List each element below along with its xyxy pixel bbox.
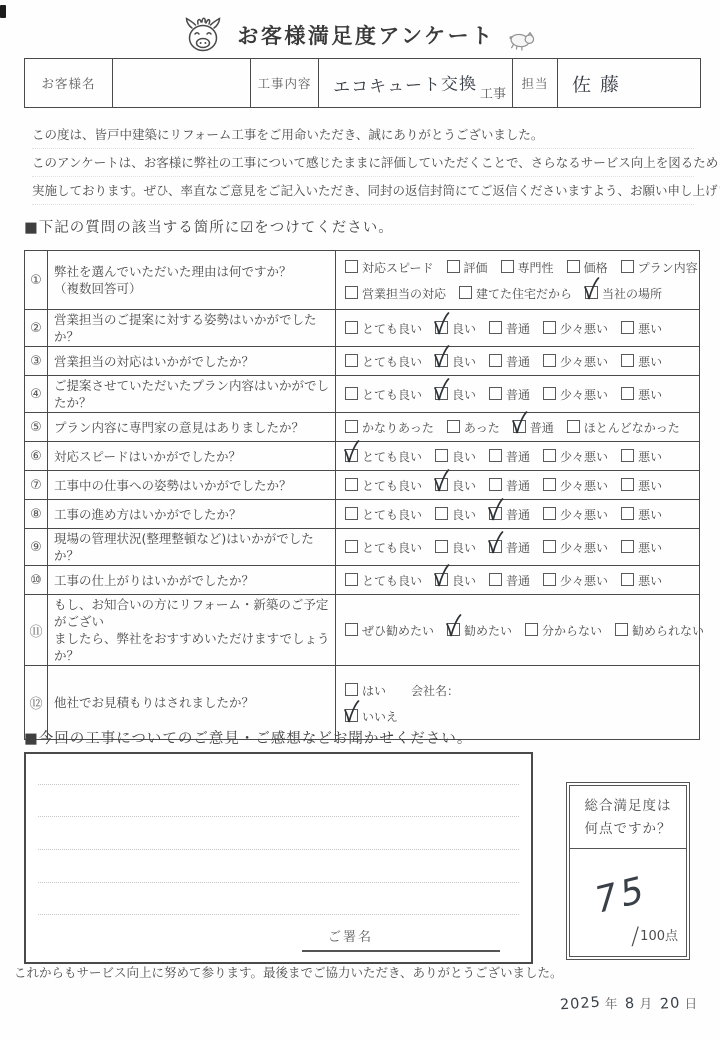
option-checkbox[interactable]: 少々悪い [543, 535, 608, 561]
checkbox-square[interactable] [345, 354, 358, 367]
checkbox-square[interactable] [513, 420, 526, 433]
option-label: とても良い [362, 355, 422, 369]
checkbox-square[interactable] [489, 540, 502, 553]
checkbox-square[interactable] [435, 507, 448, 520]
option-checkbox[interactable]: あった [447, 415, 500, 441]
option-checkbox[interactable]: 良い [435, 535, 476, 561]
option-checkbox[interactable]: 良い [435, 473, 476, 499]
survey-row: ①弊社を選んでいただいた理由は何ですか？（複数回答可）対応スピード評価専門性価格… [25, 251, 700, 310]
staff-label: 担当 [513, 59, 558, 108]
signature-label: ご署名 [328, 926, 504, 945]
option-label: 評価 [464, 261, 488, 275]
question-text: 営業担当のご提案に対する姿勢はいかがでしたか？ [48, 310, 336, 347]
question-number: ⑥ [25, 442, 48, 471]
question-number: ⑤ [25, 413, 48, 442]
option-label: 悪い [638, 574, 662, 588]
checkbox-square[interactable] [345, 623, 358, 636]
options-cell: とても良い良い普通少々悪い悪い [336, 566, 700, 595]
question-number: ⑩ [25, 566, 48, 595]
option-checkbox[interactable]: 悪い [621, 535, 662, 561]
option-checkbox[interactable]: 悪い [621, 568, 662, 594]
survey-row: ⑩工事の仕上がりはいかがでしたか？とても良い良い普通少々悪い悪い [25, 566, 700, 595]
handwritten-check-icon [432, 378, 450, 404]
question-line: 現場の管理状況(整理整頓など)はいかがでしたか？ [54, 530, 331, 564]
question-text: 現場の管理状況(整理整頓など)はいかがでしたか？ [48, 529, 336, 566]
option-label: 悪い [638, 508, 662, 522]
option-label: 価格 [584, 261, 608, 275]
option-line: とても良い良い普通少々悪い悪い [345, 348, 697, 374]
question-text: 工事の仕上がりはいかがでしたか？ [48, 566, 336, 595]
options-cell: とても良い良い普通少々悪い悪い [336, 442, 700, 471]
handwritten-check-icon [582, 277, 600, 303]
option-checkbox[interactable]: 悪い [621, 502, 662, 528]
ruled-line [38, 784, 519, 785]
question-text: 対応スピードはいかがでしたか？ [48, 442, 336, 471]
question-number: ① [25, 251, 48, 310]
option-checkbox[interactable]: とても良い [345, 382, 422, 408]
score-entry-area[interactable]: 75 /100点 [570, 849, 686, 956]
question-line: 対応スピードはいかがでしたか？ [54, 448, 331, 465]
ruled-line [38, 816, 519, 817]
question-number: ④ [25, 376, 48, 413]
option-label: 少々悪い [560, 355, 608, 369]
question-line: ご提案させていただいたプラン内容はいかがでしたか？ [54, 377, 331, 411]
checkbox-square[interactable] [489, 478, 502, 491]
small-pig-icon [506, 26, 538, 54]
option-label: 普通 [506, 508, 530, 522]
options-cell: ぜひ勧めたい勧めたい分からない勧められない [336, 595, 700, 666]
checkbox-square[interactable] [345, 573, 358, 586]
options-cell: とても良い良い普通少々悪い悪い [336, 471, 700, 500]
option-label: 営業担当の対応 [362, 287, 446, 301]
work-content-handwritten: エコキュート交換 [333, 69, 478, 98]
option-label: ほとんどなかった [584, 421, 680, 435]
comments-section-heading: ■今回の工事についてのご意見・ご感想などお聞かせください。 [24, 727, 472, 748]
question-text: 工事中の仕事への姿勢はいかがでしたか？ [48, 471, 336, 500]
checkbox-square[interactable] [621, 387, 634, 400]
day-label: 日 [685, 996, 698, 1011]
option-line: いいえ [345, 703, 697, 729]
option-checkbox[interactable]: 普通 [489, 473, 530, 499]
option-line: とても良い良い普通少々悪い悪い [345, 501, 697, 527]
customer-name-label: お客様名 [25, 59, 113, 108]
option-label: とても良い [362, 508, 422, 522]
handwritten-check-icon [432, 469, 450, 495]
info-row: お客様名 工事内容 エコキュート交換 工事 担当 佐藤 [25, 59, 701, 108]
survey-row: ⑤プラン内容に専門家の意見はありましたか？かなりあったあった普通ほとんどなかった [25, 413, 700, 442]
checkbox-square[interactable] [459, 286, 472, 299]
option-checkbox[interactable]: 良い [435, 316, 476, 342]
option-line: とても良い良い普通少々悪い悪い [345, 472, 697, 498]
option-checkbox[interactable]: 悪い [621, 349, 662, 375]
option-label: 普通 [506, 450, 530, 464]
survey-table-body: ①弊社を選んでいただいた理由は何ですか？（複数回答可）対応スピード評価専門性価格… [25, 251, 700, 740]
checkbox-square[interactable] [345, 260, 358, 273]
option-checkbox[interactable]: 少々悪い [543, 502, 608, 528]
question-number: ⑦ [25, 471, 48, 500]
signature-area[interactable]: ご署名 [302, 926, 504, 952]
handwritten-check-icon [342, 700, 360, 726]
option-label: 普通 [506, 355, 530, 369]
staff-field[interactable]: 佐藤 [558, 59, 701, 108]
survey-row: ⑦工事中の仕事への姿勢はいかがでしたか？とても良い良い普通少々悪い悪い [25, 471, 700, 500]
option-checkbox[interactable]: 対応スピード [345, 255, 434, 281]
option-checkbox[interactable]: 普通 [489, 502, 530, 528]
option-label: 悪い [638, 388, 662, 402]
checkbox-square[interactable] [585, 286, 598, 299]
checkbox-square[interactable] [501, 260, 514, 273]
checkbox-square[interactable] [345, 387, 358, 400]
intro-line-3: 実施しております。ぜひ、率直なご意見をご記入いただき、同封の返信封筒にてご返信く… [32, 177, 694, 205]
signature-line[interactable] [302, 948, 500, 952]
handwritten-check-icon [510, 411, 528, 437]
option-checkbox[interactable]: 少々悪い [543, 444, 608, 470]
score-box-title: 総合満足度は 何点ですか？ [570, 786, 686, 849]
checkbox-square[interactable] [621, 449, 634, 462]
option-line: とても良い良い普通少々悪い悪い [345, 534, 697, 560]
question-line: （複数回答可） [54, 280, 331, 297]
question-line: 営業担当の対応はいかがでしたか？ [54, 353, 331, 370]
option-label: 少々悪い [560, 541, 608, 555]
option-text: 会社名： [411, 678, 459, 704]
question-line: 工事の進め方はいかがでしたか？ [54, 506, 331, 523]
option-label: 少々悪い [560, 508, 608, 522]
page-title: お客様満足度アンケート [237, 20, 494, 50]
checkbox-square[interactable] [489, 573, 502, 586]
handwritten-check-icon [432, 564, 450, 590]
comments-box[interactable]: ご署名 [24, 752, 533, 964]
option-checkbox[interactable]: 少々悪い [543, 349, 608, 375]
date-day-handwritten: 20 [660, 995, 682, 1012]
option-checkbox[interactable]: とても良い [345, 473, 422, 499]
option-checkbox[interactable]: 勧められない [615, 618, 704, 644]
option-checkbox[interactable]: 少々悪い [543, 382, 608, 408]
option-line: とても良い良い普通少々悪い悪い [345, 381, 697, 407]
score-title-line-1: 総合満足度は [574, 795, 682, 818]
question-number: ⑧ [25, 500, 48, 529]
option-label: 建てた住宅だから [476, 287, 572, 301]
score-denominator: /100点 [631, 922, 678, 950]
option-checkbox[interactable]: 普通 [489, 382, 530, 408]
option-checkbox[interactable]: いいえ [345, 704, 398, 730]
option-label: 良い [452, 479, 476, 493]
option-label: 専門性 [518, 261, 554, 275]
option-label: 勧めたい [464, 624, 512, 638]
intro-paragraph: この度は、皆戸中建築にリフォーム工事をご用命いただき、誠にありがとうございました… [32, 121, 694, 205]
checkbox-square[interactable] [621, 507, 634, 520]
option-line: はい会社名： [345, 677, 697, 703]
checkbox-square[interactable] [543, 449, 556, 462]
survey-sheet: お客様満足度アンケート お客様名 工事内容 エコキュート交換 工事 [0, 0, 720, 1040]
checkbox-square[interactable] [435, 321, 448, 334]
option-label: 良い [452, 508, 476, 522]
option-checkbox[interactable]: 良い [435, 568, 476, 594]
option-checkbox[interactable]: 悪い [621, 382, 662, 408]
question-number: ② [25, 310, 48, 347]
customer-name-field[interactable] [113, 59, 251, 108]
option-label: 良い [452, 388, 476, 402]
option-label: 悪い [638, 541, 662, 555]
option-checkbox[interactable]: ぜひ勧めたい [345, 618, 434, 644]
option-label: 分からない [542, 624, 602, 638]
survey-row: ⑧工事の進め方はいかがでしたか？とても良い良い普通少々悪い悪い [25, 500, 700, 529]
option-label: 普通 [506, 388, 530, 402]
option-label: 勧められない [632, 624, 704, 638]
option-label: 普通 [506, 541, 530, 555]
option-checkbox[interactable]: とても良い [345, 349, 422, 375]
option-label: 普通 [530, 421, 554, 435]
option-checkbox[interactable]: 良い [435, 382, 476, 408]
option-label: 少々悪い [560, 479, 608, 493]
option-label: 悪い [638, 322, 662, 336]
checkbox-square[interactable] [435, 540, 448, 553]
question-line: ましたら、弊社をおすすめいただけますでしょうか？ [54, 630, 331, 664]
survey-row: ③営業担当の対応はいかがでしたか？とても良い良い普通少々悪い悪い [25, 347, 700, 376]
question-line: 他社でお見積もりはされましたか？ [54, 694, 331, 711]
option-checkbox[interactable]: 普通 [513, 415, 554, 441]
survey-row: ⑥対応スピードはいかがでしたか？とても良い良い普通少々悪い悪い [25, 442, 700, 471]
checkbox-square[interactable] [621, 573, 634, 586]
option-label: はい [362, 684, 386, 698]
checkbox-square[interactable] [345, 478, 358, 491]
checkbox-square[interactable] [567, 420, 580, 433]
question-line: もし、お知合いの方にリフォーム・新築のご予定がござい [54, 596, 331, 630]
option-checkbox[interactable]: 少々悪い [543, 568, 608, 594]
handwritten-check-icon [432, 345, 450, 371]
checkbox-square[interactable] [543, 354, 556, 367]
ruled-line [38, 849, 519, 850]
option-label: あった [464, 421, 500, 435]
option-checkbox[interactable]: 普通 [489, 535, 530, 561]
checkbox-square[interactable] [435, 449, 448, 462]
work-content-field[interactable]: エコキュート交換 工事 [319, 59, 513, 108]
intro-line-2: このアンケートは、お客様に弊社の工事について感じたままに評価していただくことで、… [32, 149, 694, 177]
handwritten-check-icon [432, 312, 450, 338]
option-label: 少々悪い [560, 574, 608, 588]
option-line: とても良い良い普通少々悪い悪い [345, 443, 697, 469]
option-line: 営業担当の対応建てた住宅だから当社の場所 [345, 280, 697, 306]
checkbox-square[interactable] [543, 573, 556, 586]
handwritten-check-icon [342, 440, 360, 466]
question-text: 営業担当の対応はいかがでしたか？ [48, 347, 336, 376]
question-line: 弊社を選んでいただいた理由は何ですか？ [54, 263, 331, 280]
date-line: 2025年 8月 20日 [556, 994, 697, 1012]
checkbox-square[interactable] [345, 507, 358, 520]
ruled-line [38, 882, 519, 883]
option-checkbox[interactable]: 良い [435, 444, 476, 470]
checkbox-square[interactable] [543, 387, 556, 400]
option-checkbox[interactable]: ほとんどなかった [567, 415, 680, 441]
checkbox-square[interactable] [489, 354, 502, 367]
option-checkbox[interactable]: 普通 [489, 349, 530, 375]
option-label: 普通 [506, 322, 530, 336]
checkbox-square[interactable] [615, 623, 628, 636]
option-checkbox[interactable]: とても良い [345, 316, 422, 342]
question-line: 工事の仕上がりはいかがでしたか？ [54, 572, 331, 589]
option-label: 普通 [506, 574, 530, 588]
option-label: いいえ [362, 710, 398, 724]
checkbox-square[interactable] [345, 321, 358, 334]
question-text: プラン内容に専門家の意見はありましたか？ [48, 413, 336, 442]
checkbox-square[interactable] [621, 260, 634, 273]
question-text: 工事の進め方はいかがでしたか？ [48, 500, 336, 529]
option-checkbox[interactable]: 悪い [621, 316, 662, 342]
checkbox-square[interactable] [543, 540, 556, 553]
option-checkbox[interactable]: とても良い [345, 535, 422, 561]
option-checkbox[interactable]: 勧めたい [447, 618, 512, 644]
checkbox-square[interactable] [489, 507, 502, 520]
date-year-handwritten: 2025 [559, 995, 601, 1014]
checkbox-square[interactable] [489, 387, 502, 400]
checkbox-square[interactable] [543, 478, 556, 491]
checkbox-square[interactable] [621, 478, 634, 491]
question-number: ⑨ [25, 529, 48, 566]
option-label: 少々悪い [560, 450, 608, 464]
option-label: 会社名： [411, 684, 459, 698]
checkbox-square[interactable] [567, 260, 580, 273]
option-label: 良い [452, 355, 476, 369]
option-label: とても良い [362, 541, 422, 555]
question-text: ご提案させていただいたプラン内容はいかがでしたか？ [48, 376, 336, 413]
option-label: とても良い [362, 322, 422, 336]
option-label: 当社の場所 [602, 287, 662, 301]
option-line: かなりあったあった普通ほとんどなかった [345, 414, 697, 440]
checkbox-square[interactable] [345, 286, 358, 299]
option-line: 対応スピード評価専門性価格プラン内容 [345, 254, 697, 280]
option-checkbox[interactable]: 良い [435, 502, 476, 528]
survey-row: ④ご提案させていただいたプラン内容はいかがでしたか？とても良い良い普通少々悪い悪… [25, 376, 700, 413]
question-line: 営業担当のご提案に対する姿勢はいかがでしたか？ [54, 311, 331, 345]
option-checkbox[interactable]: 良い [435, 349, 476, 375]
option-checkbox[interactable]: 分からない [525, 618, 602, 644]
options-cell: とても良い良い普通少々悪い悪い [336, 529, 700, 566]
option-label: 少々悪い [560, 322, 608, 336]
option-label: プラン内容 [638, 261, 698, 275]
option-line: ぜひ勧めたい勧めたい分からない勧められない [345, 617, 697, 643]
option-label: 良い [452, 541, 476, 555]
option-label: かなりあった [362, 421, 434, 435]
option-checkbox[interactable]: 悪い [621, 473, 662, 499]
option-label: とても良い [362, 388, 422, 402]
option-checkbox[interactable]: 専門性 [501, 255, 554, 281]
option-checkbox[interactable]: かなりあった [345, 415, 434, 441]
options-cell: 対応スピード評価専門性価格プラン内容営業担当の対応建てた住宅だから当社の場所 [336, 251, 700, 310]
survey-table: ①弊社を選んでいただいた理由は何ですか？（複数回答可）対応スピード評価専門性価格… [24, 250, 700, 740]
survey-row: ②営業担当のご提案に対する姿勢はいかがでしたか？とても良い良い普通少々悪い悪い [25, 310, 700, 347]
option-checkbox[interactable]: 営業担当の対応 [345, 281, 446, 307]
survey-row: ⑪もし、お知合いの方にリフォーム・新築のご予定がございましたら、弊社をおすすめい… [25, 595, 700, 666]
option-checkbox[interactable]: 普通 [489, 316, 530, 342]
option-label: 悪い [638, 479, 662, 493]
checkbox-square[interactable] [525, 623, 538, 636]
handwritten-check-icon [444, 614, 462, 640]
option-label: 悪い [638, 450, 662, 464]
checkbox-square[interactable] [489, 449, 502, 462]
checkbox-square[interactable] [345, 709, 358, 722]
survey-section-heading: ■下記の質問の該当する箇所に☑をつけてください。 [24, 216, 394, 237]
closing-message: これからもサービス向上に努めて参ります。最後までご協力いただき、ありがとうござい… [14, 963, 563, 981]
option-label: 良い [452, 450, 476, 464]
option-checkbox[interactable]: 評価 [447, 255, 488, 281]
options-cell: とても良い良い普通少々悪い悪い [336, 347, 700, 376]
question-number: ⑪ [25, 595, 48, 666]
checkbox-square[interactable] [435, 387, 448, 400]
checkbox-square[interactable] [621, 321, 634, 334]
checkbox-square[interactable] [543, 507, 556, 520]
option-label: 少々悪い [560, 388, 608, 402]
checkbox-square[interactable] [447, 260, 460, 273]
checkbox-square[interactable] [435, 478, 448, 491]
checkbox-square[interactable] [621, 540, 634, 553]
checkbox-square[interactable] [489, 321, 502, 334]
header: お客様満足度アンケート [0, 12, 720, 58]
ruled-line [38, 914, 519, 915]
year-label: 年 [605, 996, 618, 1011]
overall-score-box: 総合満足度は 何点ですか？ 75 /100点 [566, 782, 690, 960]
checkbox-square[interactable] [345, 540, 358, 553]
info-table: お客様名 工事内容 エコキュート交換 工事 担当 佐藤 [24, 58, 701, 108]
option-checkbox[interactable]: とても良い [345, 568, 422, 594]
option-label: ぜひ勧めたい [362, 624, 434, 638]
options-cell: とても良い良い普通少々悪い悪い [336, 376, 700, 413]
option-checkbox[interactable]: 普通 [489, 444, 530, 470]
work-content-label: 工事内容 [251, 59, 319, 108]
month-label: 月 [640, 996, 653, 1011]
checkbox-square[interactable] [447, 420, 460, 433]
options-cell: とても良い良い普通少々悪い悪い [336, 310, 700, 347]
checkbox-square[interactable] [621, 354, 634, 367]
option-checkbox[interactable]: 悪い [621, 444, 662, 470]
date-month-handwritten: 8 [625, 996, 636, 1013]
checkbox-square[interactable] [345, 449, 358, 462]
checkbox-square[interactable] [345, 683, 358, 696]
option-checkbox[interactable]: 建てた住宅だから [459, 281, 572, 307]
handwritten-check-icon [486, 531, 504, 557]
question-line: プラン内容に専門家の意見はありましたか？ [54, 419, 331, 436]
option-label: 対応スピード [362, 261, 434, 275]
option-label: とても良い [362, 574, 422, 588]
work-suffix-label: 工事 [480, 83, 506, 107]
option-checkbox[interactable]: プラン内容 [621, 255, 698, 281]
option-line: とても良い良い普通少々悪い悪い [345, 567, 697, 593]
option-label: とても良い [362, 479, 422, 493]
option-checkbox[interactable]: とても良い [345, 444, 422, 470]
question-text: もし、お知合いの方にリフォーム・新築のご予定がございましたら、弊社をおすすめいた… [48, 595, 336, 666]
option-checkbox[interactable]: とても良い [345, 502, 422, 528]
checkbox-square[interactable] [345, 420, 358, 433]
option-line: とても良い良い普通少々悪い悪い [345, 315, 697, 341]
question-number: ③ [25, 347, 48, 376]
staff-name-handwritten: 佐藤 [572, 69, 628, 97]
intro-line-1: この度は、皆戸中建築にリフォーム工事をご用命いただき、誠にありがとうございました… [32, 121, 694, 149]
option-checkbox[interactable]: 普通 [489, 568, 530, 594]
question-line: 工事中の仕事への姿勢はいかがでしたか？ [54, 477, 331, 494]
option-label: 普通 [506, 479, 530, 493]
option-checkbox[interactable]: 当社の場所 [585, 281, 662, 307]
pig-mascot-icon [183, 16, 223, 54]
checkbox-square[interactable] [543, 321, 556, 334]
checkbox-square[interactable] [435, 573, 448, 586]
option-checkbox[interactable]: 少々悪い [543, 473, 608, 499]
options-cell: とても良い良い普通少々悪い悪い [336, 500, 700, 529]
checkbox-square[interactable] [447, 623, 460, 636]
score-handwritten: 75 [594, 868, 648, 923]
checkbox-square[interactable] [435, 354, 448, 367]
option-label: 良い [452, 322, 476, 336]
handwritten-check-icon [486, 498, 504, 524]
option-label: とても良い [362, 450, 422, 464]
option-checkbox[interactable]: 少々悪い [543, 316, 608, 342]
